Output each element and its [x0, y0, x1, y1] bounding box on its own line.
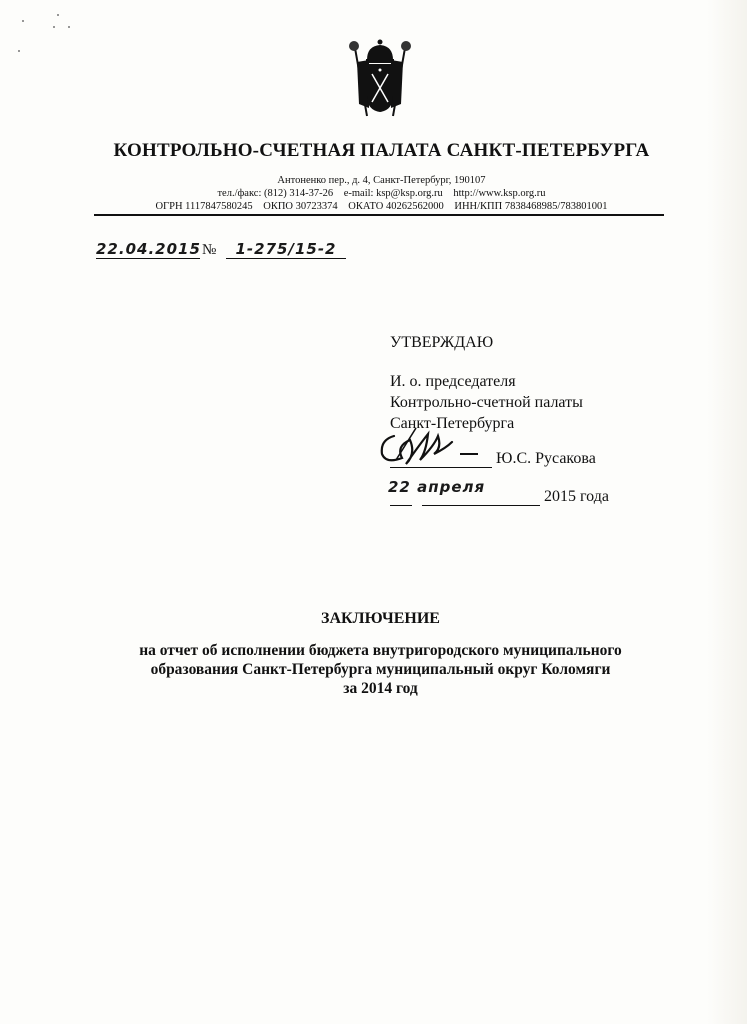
inn-kpp: ИНН/КПП 7838468985/783801001 [454, 201, 607, 212]
approval-year: 2015 года [544, 488, 609, 505]
subtitle-line: на отчет об исполнении бюджета внутригор… [14, 641, 747, 660]
approval-date-row: 2015 года [390, 488, 609, 506]
coat-of-arms-icon [345, 38, 415, 120]
position-line: Контрольно-счетной палаты [390, 392, 583, 413]
approval-title: УТВЕРЖДАЮ [390, 332, 583, 353]
subtitle-line: образования Санкт-Петербурга муниципальн… [14, 660, 747, 679]
okato: ОКАТО 40262562000 [348, 201, 443, 212]
email: e-mail: ksp@ksp.org.ru [344, 188, 443, 199]
registration-date: 22.04.2015 [96, 240, 200, 259]
organization-codes: ОГРН 1117847580245 ОКПО 30723374 ОКАТО 4… [0, 201, 747, 213]
registration-number: 1-275/15-2 [226, 240, 346, 259]
document-subtitle: на отчет об исполнении бюджета внутригор… [0, 641, 747, 698]
document-title: ЗАКЛЮЧЕНИЕ [0, 610, 747, 628]
ogrn: ОГРН 1117847580245 [155, 201, 252, 212]
scan-speck [57, 14, 59, 16]
subtitle-line: за 2014 год [14, 679, 747, 698]
month-blank [422, 489, 540, 506]
number-sign: № [202, 242, 216, 259]
scan-speck [18, 50, 20, 52]
day-blank [390, 489, 412, 506]
okpo: ОКПО 30723374 [263, 201, 337, 212]
approval-block: УТВЕРЖДАЮ И. о. председателя Контрольно-… [390, 332, 583, 434]
letterhead-divider [94, 214, 664, 216]
signatory-name: Ю.С. Русакова [496, 450, 596, 467]
organization-name: КОНТРОЛЬНО-СЧЕТНАЯ ПАЛАТА САНКТ-ПЕТЕРБУР… [0, 140, 747, 162]
position-line: И. о. председателя [390, 371, 583, 392]
organization-contacts: тел./факс: (812) 314-37-26 e-mail: ksp@k… [0, 188, 747, 200]
signature-blank [390, 451, 492, 468]
signature-row: Ю.С. Русакова [390, 450, 596, 468]
website: http://www.ksp.org.ru [453, 188, 545, 199]
scan-speck [22, 20, 24, 22]
phone-fax: тел./факс: (812) 314-37-26 [217, 188, 333, 199]
scan-speck [53, 26, 55, 28]
organization-address: Антоненко пер., д. 4, Санкт-Петербург, 1… [0, 175, 747, 187]
scan-speck [68, 26, 70, 28]
